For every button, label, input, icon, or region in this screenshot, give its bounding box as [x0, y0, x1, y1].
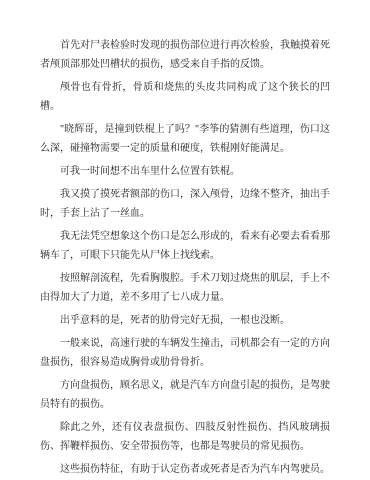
paragraph: 这些损伤特征，有助于认定伤者或死者是否为汽车内驾驶员。 — [40, 460, 330, 479]
paragraph: 除此之外，还有仪表盘损伤、四肢反射性损伤、挡风玻璃损伤、挥鞭样损伤、安全带损伤等… — [40, 418, 330, 456]
paragraph: "晓辉哥，是撞到铁棍上了吗？"李筝的猜测有些道理，伤口这么深，碰撞物需要一定的质… — [40, 120, 330, 158]
paragraph: 方向盘损伤，顾名思义，就是汽车方向盘引起的损伤，是驾驶员特有的损伤。 — [40, 376, 330, 414]
ebook-page: 首先对尸表检验时发现的损伤部位进行再次检验，我触摸着死者颅顶部那处凹槽状的损伤，… — [0, 0, 370, 480]
paragraph: 我又摸了摸死者额部的伤口，深入颅骨，边缘不整齐，抽出手时，手套上沾了一丝血。 — [40, 185, 330, 223]
paragraph: 颅骨也有骨折，骨质和烧焦的头皮共同构成了这个狭长的凹槽。 — [40, 78, 330, 116]
paragraph: 首先对尸表检验时发现的损伤部位进行再次检验，我触摸着死者颅顶部那处凹槽状的损伤，… — [40, 36, 330, 74]
paragraph: 我无法凭空想象这个伤口是怎么形成的，看来有必要去看看那辆车了，可眼下只能先从尸体… — [40, 227, 330, 265]
paragraph: 出乎意料的是，死者的肋骨完好无损，一根也没断。 — [40, 311, 330, 330]
paragraph: 一般来说，高速行驶的车辆发生撞击，司机都会有一定的方向盘损伤，很容易造成胸骨或肋… — [40, 334, 330, 372]
paragraph: 可我一时间想不出车里什么位置有铁棍。 — [40, 162, 330, 181]
paragraph: 按照解剖流程，先看胸腹腔。手术刀划过烧焦的肌层，手上不由得加大了力道，差不多用了… — [40, 269, 330, 307]
